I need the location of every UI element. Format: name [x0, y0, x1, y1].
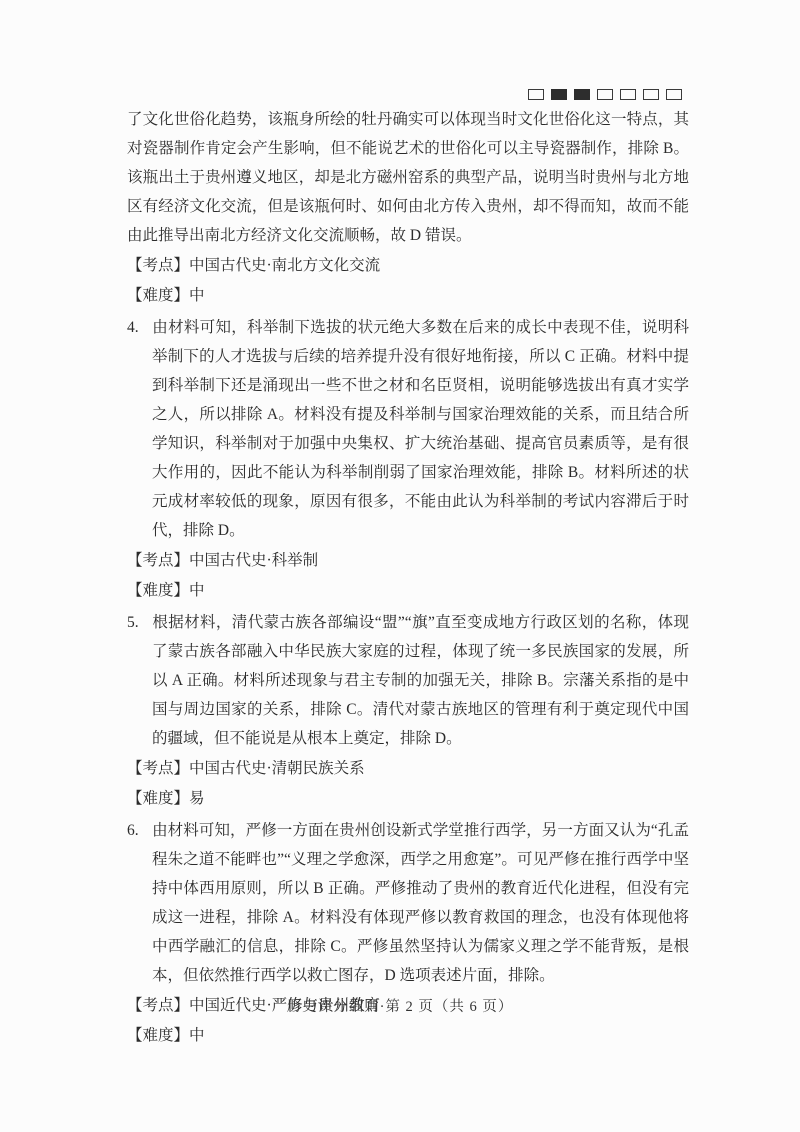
exam-point-line: 【考点】中国古代史·南北方文化交流 [127, 251, 689, 280]
difficulty-line: 【难度】中 [127, 576, 689, 605]
document-page: 了文化世俗化趋势，该瓶身所绘的牡丹确实可以体现当时文化世俗化这一特点，其对瓷器制… [0, 0, 800, 1132]
answer-explanations: 了文化世俗化趋势，该瓶身所绘的牡丹确实可以体现当时文化世俗化这一特点，其对瓷器制… [127, 105, 689, 1051]
item-number: 4. [127, 313, 152, 342]
progress-cell-empty-icon [643, 89, 659, 100]
difficulty-line: 【难度】中 [127, 1021, 689, 1050]
answer-item-4: 4.由材料可知，科举制下选拔的状元绝大多数在后来的成长中表现不佳，说明科举制下的… [127, 313, 689, 545]
exam-point-line: 【考点】中国古代史·清朝民族关系 [127, 754, 689, 783]
progress-cell-empty-icon [597, 89, 613, 100]
progress-cell-empty-icon [620, 89, 636, 100]
answer-continuation-paragraph: 了文化世俗化趋势，该瓶身所绘的牡丹确实可以体现当时文化世俗化这一特点，其对瓷器制… [127, 105, 689, 250]
item-text: 由材料可知，严修一方面在贵州创设新式学堂推行西学，另一方面又认为“孔孟程朱之道不… [152, 822, 689, 984]
page-progress-indicator [528, 89, 682, 100]
item-text: 由材料可知，科举制下选拔的状元绝大多数在后来的成长中表现不佳，说明科举制下的人才… [152, 319, 689, 539]
answer-item-6: 6.由材料可知，严修一方面在贵州创设新式学堂推行西学，另一方面又认为“孔孟程朱之… [127, 816, 689, 990]
item-text: 根据材料，清代蒙古族各部编设“盟”“旗”直至变成地方行政区划的名称，体现了蒙古族… [152, 614, 689, 747]
item-number: 6. [127, 816, 152, 845]
progress-cell-filled-icon [574, 89, 590, 100]
answer-item-5: 5.根据材料，清代蒙古族各部编设“盟”“旗”直至变成地方行政区划的名称，体现了蒙… [127, 608, 689, 753]
difficulty-line: 【难度】中 [127, 281, 689, 310]
progress-cell-empty-icon [666, 89, 682, 100]
progress-cell-empty-icon [528, 89, 544, 100]
exam-point-line: 【考点】中国古代史·科举制 [127, 546, 689, 575]
progress-cell-filled-icon [551, 89, 567, 100]
item-number: 5. [127, 608, 152, 637]
difficulty-line: 【难度】易 [127, 784, 689, 813]
page-footer: 历史评分细则·第 2 页（共 6 页） [0, 995, 800, 1016]
